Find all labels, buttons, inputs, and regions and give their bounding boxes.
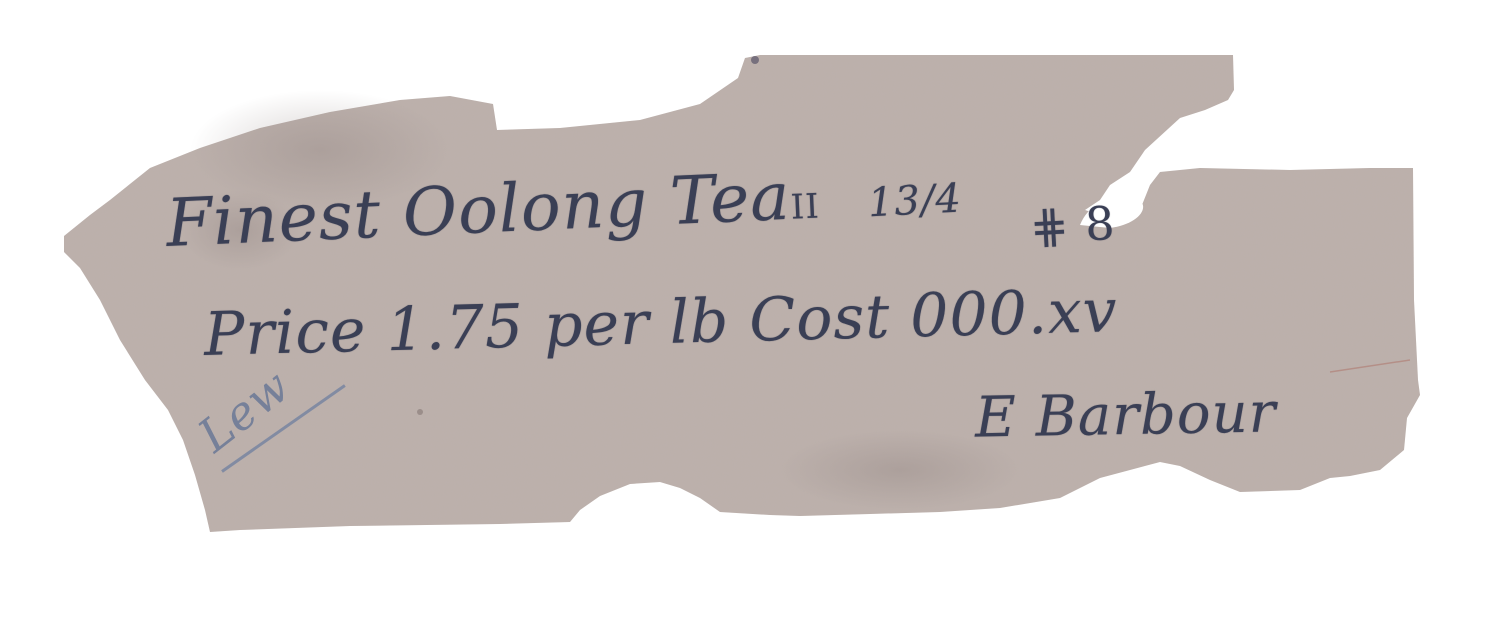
tally-mark: ⋕ 8 [1029, 196, 1117, 254]
signature: E Barbour [974, 380, 1276, 450]
item-grade: II [790, 187, 821, 228]
quantity: 13/4 [867, 176, 963, 227]
